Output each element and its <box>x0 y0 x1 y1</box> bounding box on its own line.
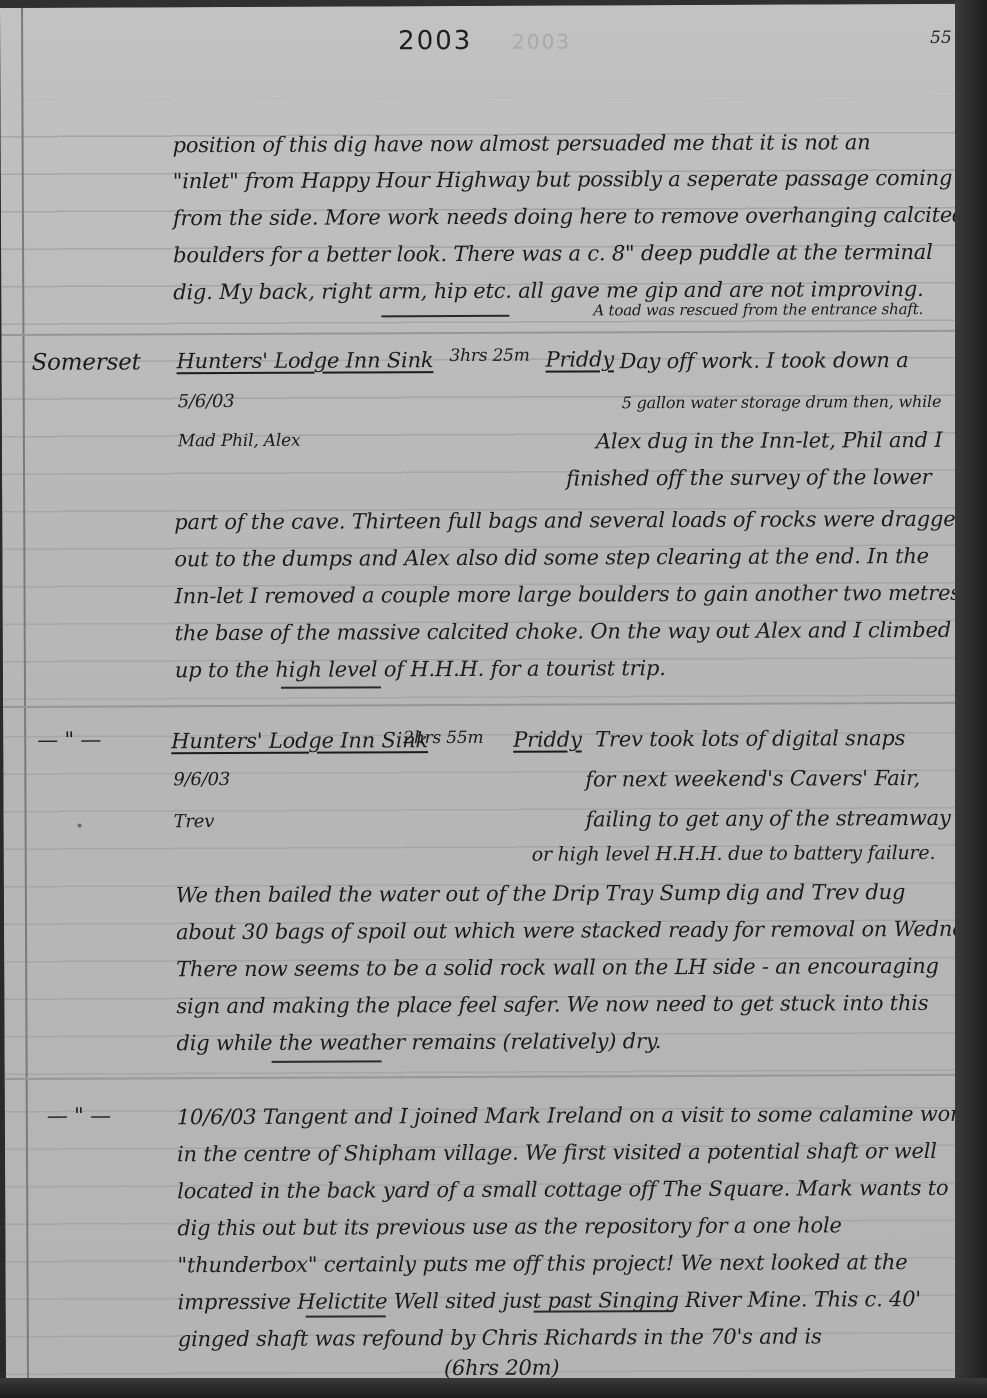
location: Priddy <box>513 729 582 750</box>
text-line: about 30 bags of spoil out which were st… <box>176 919 966 944</box>
team-members: Trev <box>174 813 215 831</box>
entry-date: 5/6/03 <box>178 393 235 411</box>
text-line: impressive Helictite Well sited just pas… <box>178 1289 921 1313</box>
cave-name: Hunters' Lodge Inn Sink <box>171 730 428 752</box>
page-number: 55 <box>930 28 952 48</box>
text-line: Trev took lots of digital snaps <box>595 728 905 750</box>
notebook-page: 2003 2003 55 position of this dig have n… <box>0 4 966 1386</box>
text-line: sign and making the place feel safer. We… <box>176 993 928 1017</box>
team-members: Mad Phil, Alex <box>178 433 301 451</box>
text-line: 5 gallon water storage drum then, while <box>622 394 942 411</box>
underline-helictite-well <box>306 1315 386 1317</box>
location: Priddy <box>545 349 614 370</box>
cave-name: Hunters' Lodge Inn Sink <box>176 350 433 372</box>
text-line: for next weekend's Cavers' Fair, <box>585 768 920 790</box>
text-line: up to the high level of H.H.H. for a tou… <box>175 658 666 681</box>
text-line: in the centre of Shipham village. We fir… <box>177 1141 937 1165</box>
text-line: part of the cave. Thirteen full bags and… <box>174 509 966 533</box>
text-line: failing to get any of the streamway <box>586 808 951 831</box>
text-line: located in the back yard of a small cott… <box>177 1178 948 1202</box>
text-line: "thunderbox" certainly puts me off this … <box>177 1252 907 1276</box>
page-year: 2003 <box>398 26 472 56</box>
faded-stamp: 2003 <box>512 30 571 54</box>
footnote: A toad was rescued from the entrance sha… <box>593 302 923 318</box>
ditto-mark: — " — <box>37 730 101 751</box>
entry-date: 9/6/03 <box>173 771 230 789</box>
page-right-shadow <box>955 0 987 1398</box>
trip-duration: 2hrs 55m <box>403 730 483 747</box>
text-line: There now seems to be a solid rock wall … <box>176 956 939 980</box>
region-label: Somerset <box>32 351 141 374</box>
text-line: dig while the weather remains (relativel… <box>176 1031 661 1054</box>
text-line: from the side. More work needs doing her… <box>173 205 966 229</box>
text-line: the base of the massive calcited choke. … <box>175 620 951 644</box>
text-line: finished off the survey of the lower <box>566 467 932 490</box>
text-line: dig this out but its previous use as the… <box>177 1215 841 1239</box>
text-line: position of this dig have now almost per… <box>173 132 871 156</box>
text-line: Inn-let I removed a couple more large bo… <box>175 583 966 608</box>
trip-duration: 3hrs 25m <box>449 348 529 365</box>
ditto-mark: — " — <box>47 1106 111 1127</box>
text-line: Alex dug in the Inn-let, Phil and I <box>596 430 943 453</box>
text-line: ginged shaft was refound by Chris Richar… <box>178 1326 822 1350</box>
text-line: boulders for a better look. There was a … <box>173 242 933 266</box>
total-duration-note: (6hrs 20m) <box>444 1358 559 1380</box>
page-bottom-shadow <box>0 1378 987 1398</box>
text-line: or high level H.H.H. due to battery fail… <box>532 844 936 865</box>
underline-stroke <box>281 686 381 688</box>
text-line: 10/6/03 Tangent and I joined Mark Irelan… <box>177 1104 966 1129</box>
text-line: "inlet" from Happy Hour Highway but poss… <box>173 168 966 193</box>
pencil-dot <box>78 824 82 828</box>
text-line: out to the dumps and Alex also did some … <box>174 546 929 570</box>
text-line: We then bailed the water out of the Drip… <box>176 882 905 906</box>
text-line: Day off work. I took down a <box>620 350 909 372</box>
